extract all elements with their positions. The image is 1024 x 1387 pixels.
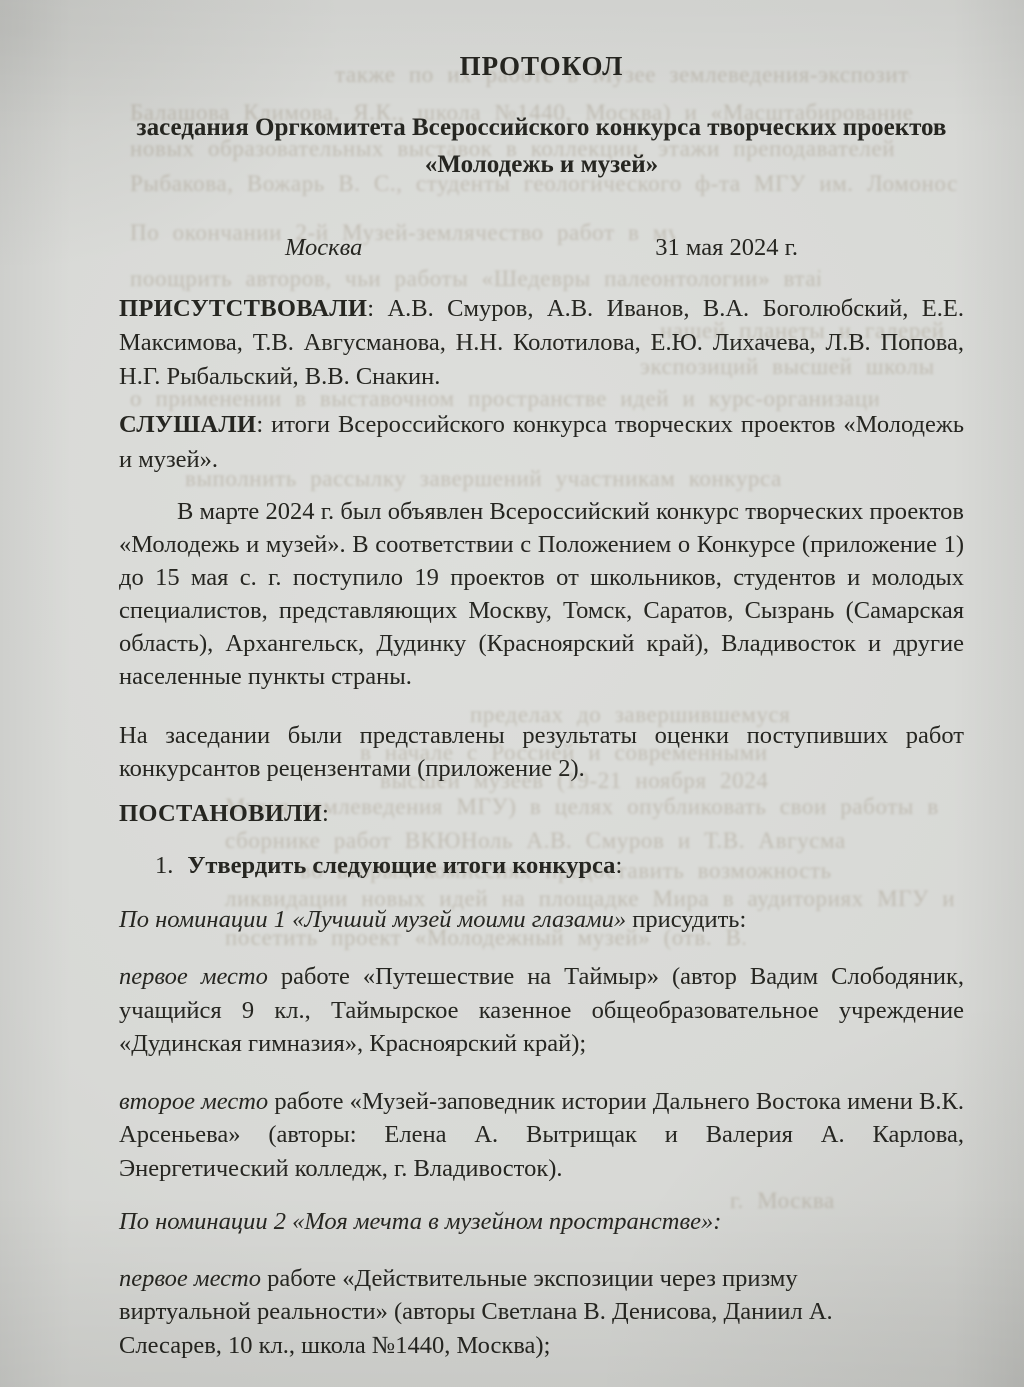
nomination-1-heading: По номинации 1 «Лучший музей моими глаза…	[119, 903, 964, 937]
body-paragraph-1: В марте 2024 г. был объявлен Всероссийск…	[119, 495, 964, 693]
item-colon: :	[615, 852, 622, 879]
nomination-2-heading: По номинации 2 «Моя мечта в музейном про…	[119, 1205, 964, 1239]
nomination-1-first-place: первое место работе «Путешествие на Тайм…	[119, 960, 964, 1061]
protocol-document: ПРОТОКОЛ заседания Оргкомитета Всероссий…	[119, 0, 964, 1362]
document-photo: также по их работе в Музее землеведения-…	[0, 0, 1024, 1387]
resolved-label: ПОСТАНОВИЛИ	[119, 800, 322, 827]
resolved-heading: ПОСТАНОВИЛИ:	[119, 797, 964, 831]
heard-paragraph: СЛУШАЛИ: итоги Всероссийского конкурса т…	[119, 407, 964, 477]
first-place-label: первое место	[119, 963, 268, 990]
item-number: 1.	[155, 849, 173, 883]
nomination-1-rest: присудить:	[626, 906, 746, 933]
resolved-colon: :	[322, 800, 329, 827]
document-subtitle-line2: «Молодежь и музей»	[119, 146, 964, 183]
document-date: 31 мая 2024 г.	[655, 231, 798, 265]
document-title: ПРОТОКОЛ	[119, 50, 964, 83]
resolution-item-1: 1.Утвердить следующие итоги конкурса:	[119, 849, 964, 883]
document-place: Москва	[285, 231, 362, 265]
second-place-label: второе место	[119, 1088, 268, 1115]
item-text: Утвердить следующие итоги конкурса	[187, 852, 615, 879]
attendees-paragraph: ПРИСУТСТВОВАЛИ: А.В. Смуров, А.В. Иванов…	[119, 292, 964, 394]
document-subtitle: заседания Оргкомитета Всероссийского кон…	[119, 109, 964, 183]
place-date-row: Москва 31 мая 2024 г.	[119, 231, 964, 265]
body-paragraph-2: На заседании были представлены результат…	[119, 719, 964, 785]
nomination-1-title: По номинации 1 «Лучший музей моими глаза…	[119, 906, 626, 933]
nomination-2-first-place: первое место работе «Действительные эксп…	[119, 1262, 864, 1363]
first-place-label: первое место	[119, 1265, 261, 1292]
attendees-label: ПРИСУТСТВОВАЛИ	[119, 295, 367, 322]
document-subtitle-line1: заседания Оргкомитета Всероссийского кон…	[119, 109, 964, 146]
heard-label: СЛУШАЛИ	[119, 411, 256, 438]
nomination-1-second-place: второе место работе «Музей-заповедник ис…	[119, 1085, 964, 1186]
nomination-2-title: По номинации 2 «Моя мечта в музейном про…	[119, 1208, 721, 1235]
